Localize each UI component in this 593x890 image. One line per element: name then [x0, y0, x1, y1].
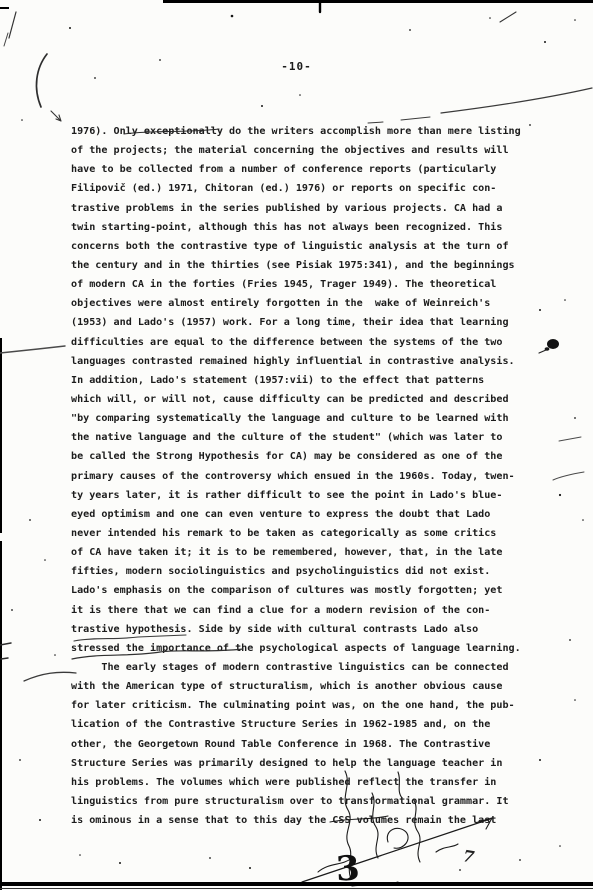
text-line: the native language and the culture of t… — [71, 428, 541, 447]
scan-edge-top-left — [0, 7, 9, 9]
scan-edge-bottom — [0, 882, 593, 886]
corner-scratch-mark — [9, 12, 16, 38]
text-line: the century and in the thirties (see Pis… — [71, 256, 541, 275]
page-number: -10- — [0, 60, 593, 73]
text-line: eyed optimism and one can even venture t… — [71, 505, 541, 524]
text-line: for later criticism. The culminating poi… — [71, 696, 541, 715]
typewritten-text: 1976). Only exceptionally do the writers… — [71, 122, 541, 830]
text-line: languages contrasted remained highly inf… — [71, 352, 541, 371]
scan-edge-left — [0, 541, 2, 890]
handwritten-page-number: 3 — [335, 848, 361, 889]
margin-dash-mark — [559, 437, 581, 441]
text-line: fifties, modern sociolinguistics and psy… — [71, 562, 541, 581]
margin-line-mark — [0, 346, 65, 353]
text-line: is ominous in a sense that to this day t… — [71, 811, 541, 830]
text-line: trastive problems in the series publishe… — [71, 199, 541, 218]
margin-squiggle-mark — [553, 472, 584, 480]
text-line: trastive hypothesis. Side by side with c… — [71, 620, 541, 639]
text-line: of the projects; the material concerning… — [71, 141, 541, 160]
text-line: his problems. The volumes which were pub… — [71, 773, 541, 792]
text-line: In addition, Lado's statement (1957:vii)… — [71, 371, 541, 390]
corner-scratch-mark — [4, 33, 8, 46]
text-line: be called the Strong Hypothesis for CA) … — [71, 447, 541, 466]
text-line: Filipovič (ed.) 1971, Chitoran (ed.) 197… — [71, 179, 541, 198]
text-line: lication of the Contrastive Structure Se… — [71, 715, 541, 734]
text-line: twin starting-point, although this has n… — [71, 218, 541, 237]
text-line: objectives were almost entirely forgotte… — [71, 294, 541, 313]
scan-edge-bottom-thin — [0, 888, 593, 889]
scanned-page: -10- 1976). Only exceptionally do the wr… — [0, 0, 593, 890]
paragraph-swoosh-mark — [24, 672, 76, 681]
text-line: 1976). Only exceptionally do the writers… — [71, 122, 541, 141]
pencil-arrow-mark — [51, 111, 61, 121]
text-line: difficulties are equal to the difference… — [71, 333, 541, 352]
scan-edge-left — [0, 338, 2, 533]
text-line: The early stages of modern contrastive l… — [71, 658, 541, 677]
text-line: primary causes of the controversy which … — [71, 467, 541, 486]
text-line: with the American type of structuralism,… — [71, 677, 541, 696]
corner-scratch-mark — [500, 12, 516, 22]
text-line: it is there that we can find a clue for … — [71, 601, 541, 620]
text-line: "by comparing systematically the languag… — [71, 409, 541, 428]
text-line: of modern CA in the forties (Fries 1945,… — [71, 275, 541, 294]
text-line: Structure Series was primarily designed … — [71, 754, 541, 773]
text-line: concerns both the contrastive type of li… — [71, 237, 541, 256]
text-line: ty years later, it is rather difficult t… — [71, 486, 541, 505]
text-line: of CA have taken it; it is to be remembe… — [71, 543, 541, 562]
text-line: never intended his remark to be taken as… — [71, 524, 541, 543]
text-line: other, the Georgetown Round Table Confer… — [71, 735, 541, 754]
text-line: stressed the importance of the psycholog… — [71, 639, 541, 658]
pencil-swoosh — [441, 88, 592, 113]
text-line: have to be collected from a number of co… — [71, 160, 541, 179]
ink-blot — [545, 347, 550, 351]
text-line: linguistics from pure structuralism over… — [71, 792, 541, 811]
text-line: (1953) and Lado's (1957) work. For a lon… — [71, 313, 541, 332]
ink-blot — [547, 339, 559, 349]
text-line: which will, or will not, cause difficult… — [71, 390, 541, 409]
text-line: Lado's emphasis on the comparison of cul… — [71, 581, 541, 600]
scan-edge-top — [163, 0, 593, 3]
handwritten-corner-mark: 7 — [462, 846, 476, 867]
